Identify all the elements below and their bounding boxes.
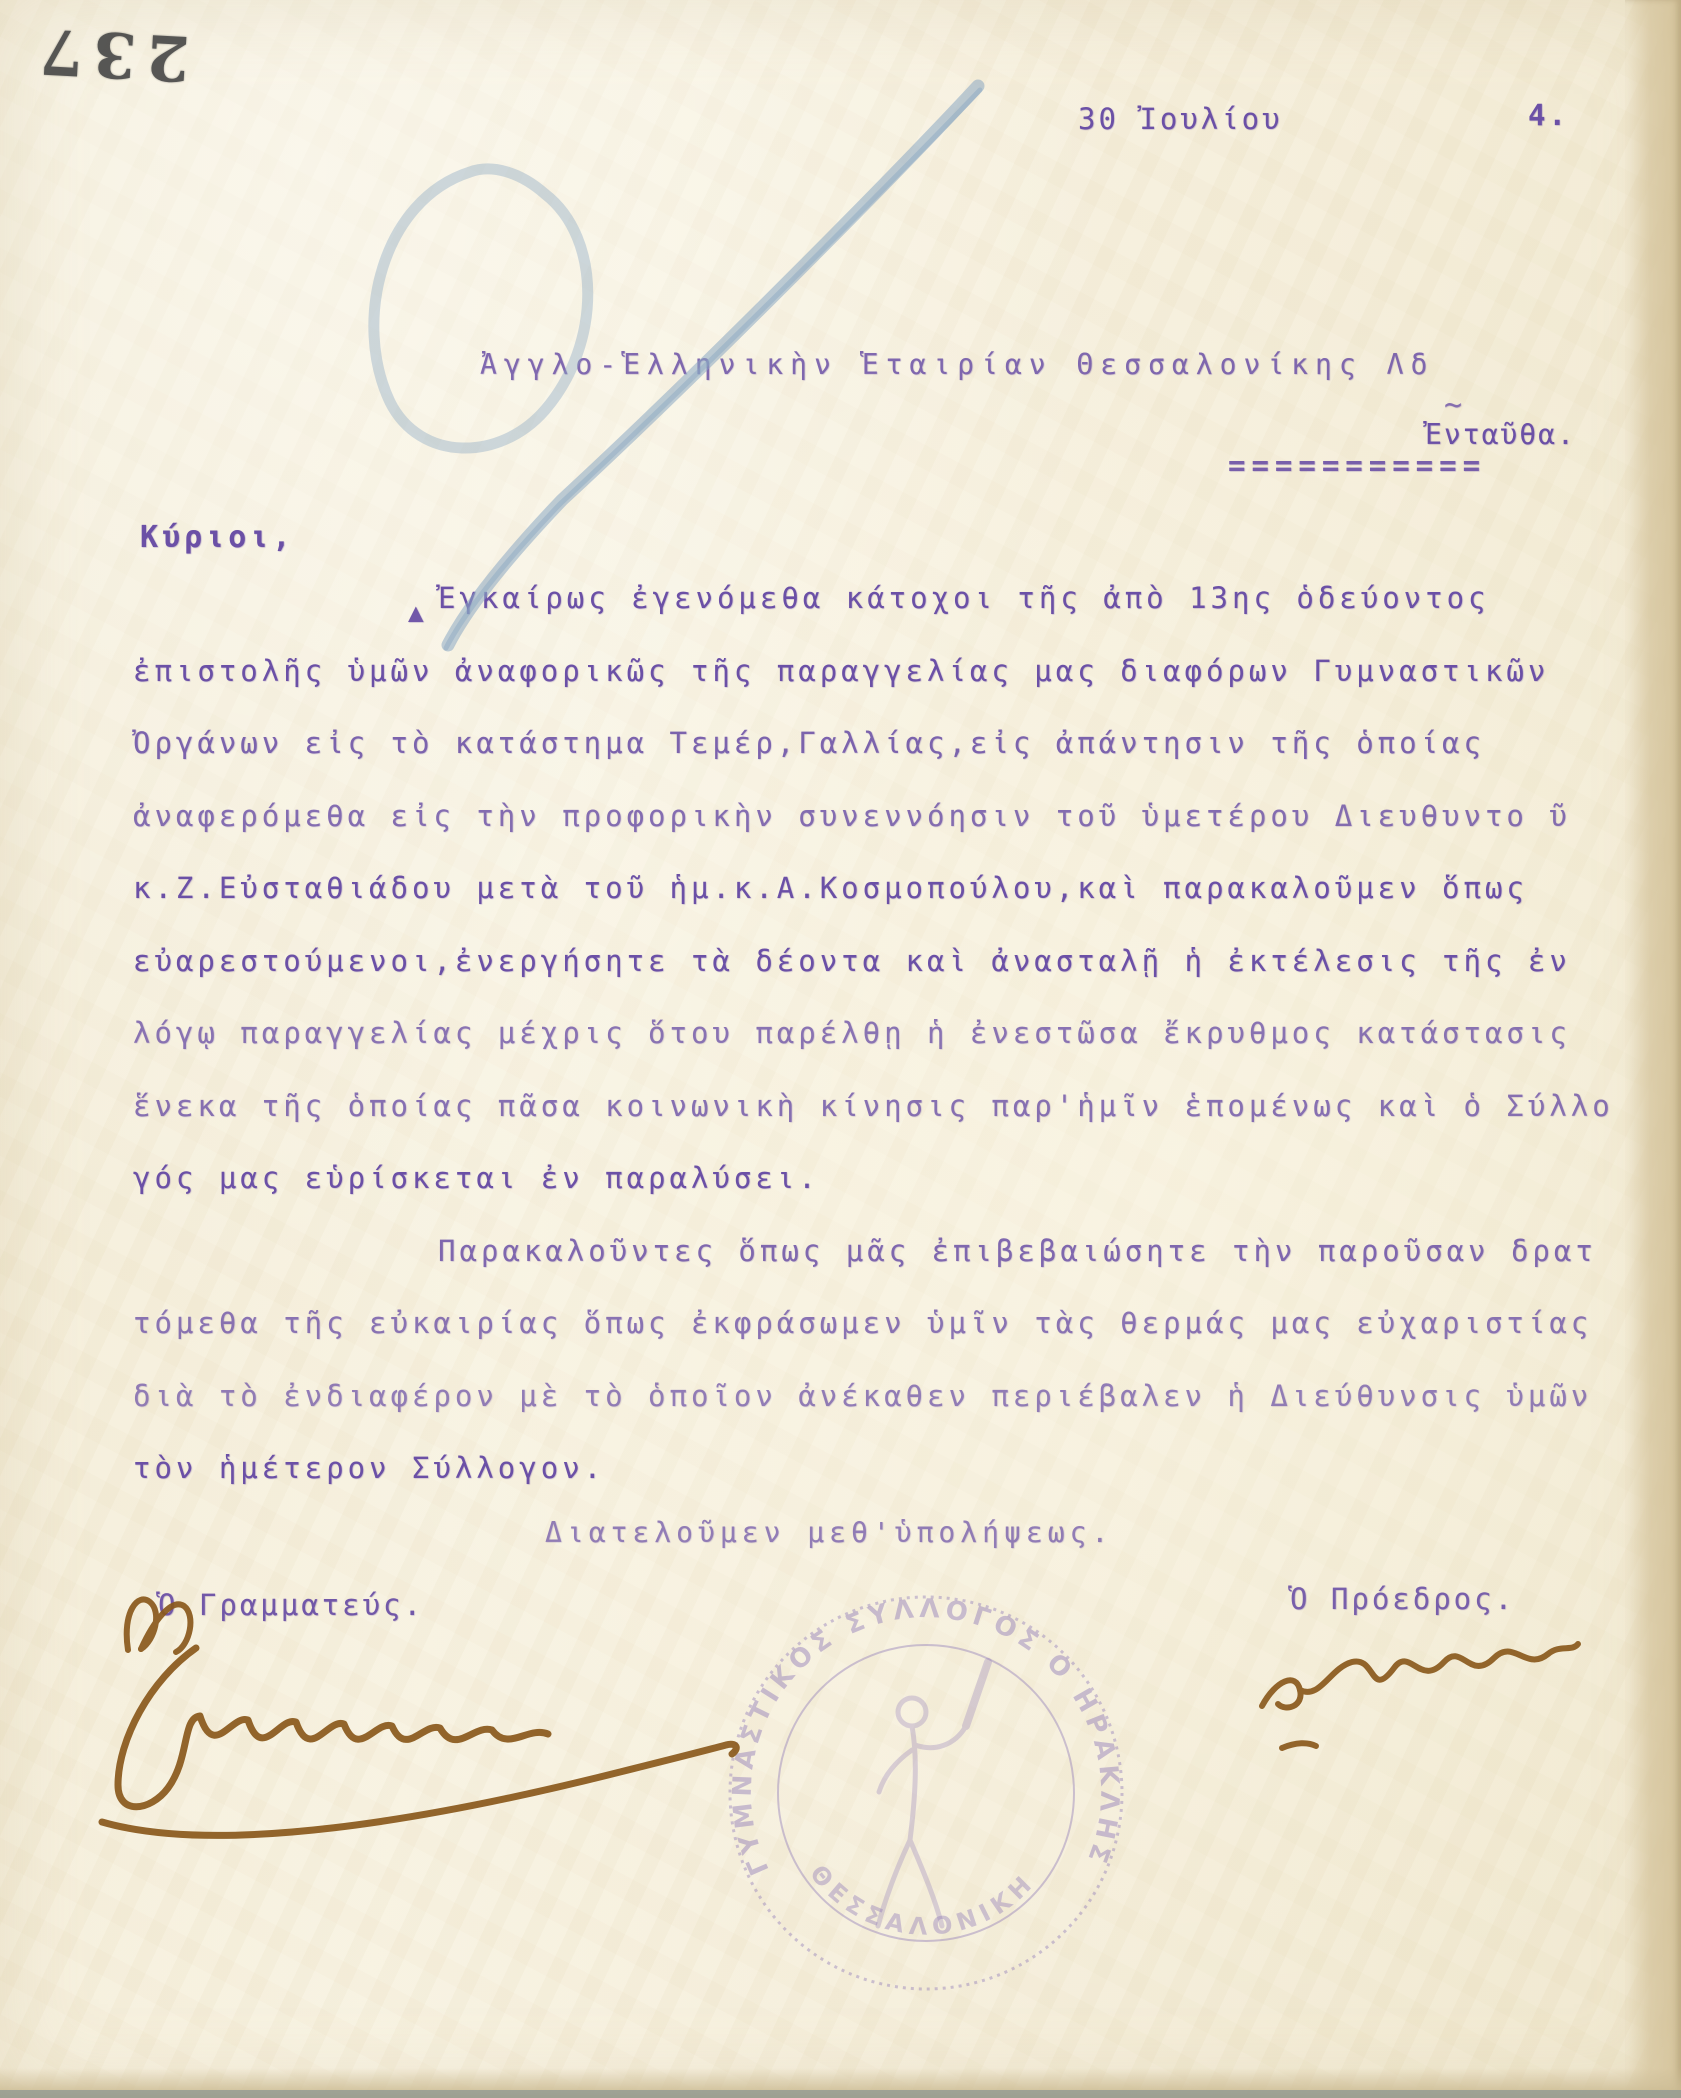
secretary-signature xyxy=(102,1648,736,1835)
archive-number: 237 xyxy=(28,14,191,95)
salutation: Κύριοι, xyxy=(140,520,294,555)
letter-line: ἀναφερόμεθα εἰς τὴν προφορικὴν συνεννόησ… xyxy=(133,799,1614,872)
stamp-inner-ring xyxy=(778,1645,1074,1941)
letter-line: τὸν ἡμέτερον Σύλλογον. xyxy=(133,1451,1614,1524)
closing-line: Διατελοῦμεν μεθ'ὑπολήψεως. xyxy=(545,1516,1113,1549)
stamp-arc-top-text: ΓΥΜΝΑΣΤΙΚΟΣ ΣΥΛΛΟΓΟΣ Ο ΗΡΑΚΛΗΣ xyxy=(728,1594,1125,1879)
recipient-line: Ἀγγλο-Ἑλληνικὴν Ἑταιρίαν Θεσσαλονίκης Λδ xyxy=(480,348,1434,381)
date-year: 4. xyxy=(1528,98,1569,132)
letter-line: κ.Ζ.Εὐσταθιάδου μετὰ τοῦ ἡμ.κ.Α.Κοσμοπού… xyxy=(133,871,1614,944)
letter-line: εὐαρεστούμενοι,ἐνεργήσητε τὰ δέοντα καὶ … xyxy=(133,944,1614,1017)
president-label: Ὁ Πρόεδρος. xyxy=(1290,1582,1515,1616)
letter-line: Ὀργάνων εἰς τὸ κατάστημα Τεμέρ,Γαλλίας,ε… xyxy=(133,726,1614,799)
letter-page: 237 30 Ἰουλίου 4. Ἀγγλο-Ἑλληνικὴν Ἑταιρί… xyxy=(0,0,1681,2098)
date-day-month: 30 Ἰουλίου xyxy=(1078,102,1283,136)
letter-line: τόμεθα τῆς εὐκαιρίας ὅπως ἐκφράσωμεν ὑμῖ… xyxy=(133,1306,1614,1379)
letter-line: γός μας εὑρίσκεται ἐν παραλύσει. xyxy=(133,1161,1614,1234)
stamp-outer-ring xyxy=(730,1597,1122,1989)
president-signature xyxy=(1262,1644,1578,1748)
letter-line: λόγῳ παραγγελίας μέχρις ὅτου παρέλθῃ ἡ ἐ… xyxy=(133,1016,1614,1089)
letter-line: διὰ τὸ ἐνδιαφέρον μὲ τὸ ὁποῖον ἀνέκαθεν … xyxy=(133,1379,1614,1452)
secretary-label: Ὁ Γραμματεύς. xyxy=(158,1588,424,1622)
letter-line: Ἐγκαίρως ἐγενόμεθα κάτοχοι τῆς ἀπὸ 13ης … xyxy=(133,581,1614,654)
stamp-hercules-figure xyxy=(878,1662,988,1926)
recipient-city-line: Ἐνταῦθα. xyxy=(1425,418,1576,451)
stamp-arc-bottom-text: ΘΕΣΣΑΛΟΝΙΚΗ xyxy=(804,1860,1039,1941)
letter-line: ἕνεκα τῆς ὁποίας πᾶσα κοινωνικὴ κίνησις … xyxy=(133,1089,1614,1162)
page-edge-right xyxy=(1625,0,1681,2098)
recipient-underline: =========== xyxy=(1228,448,1486,482)
letter-line: Παρακαλοῦντες ὅπως μᾶς ἐπιβεβαιώσητε τὴν… xyxy=(133,1234,1614,1307)
letter-line: ἐπιστολῆς ὑμῶν ἀναφορικῶς τῆς παραγγελία… xyxy=(133,654,1614,727)
blue-pencil-loop xyxy=(374,169,588,448)
scan-edge-line xyxy=(0,2090,1681,2098)
letter-body: Ἐγκαίρως ἐγενόμεθα κάτοχοι τῆς ἀπὸ 13ης … xyxy=(133,581,1614,1524)
